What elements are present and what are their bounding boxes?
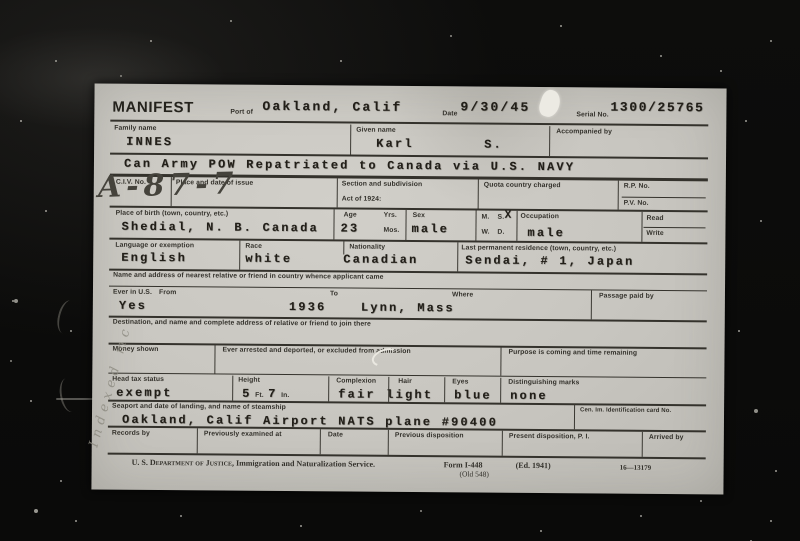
occupation-label: Occupation bbox=[521, 213, 559, 220]
records-by-label: Records by bbox=[112, 430, 150, 437]
read-label: Read bbox=[647, 215, 664, 222]
purpose-label: Purpose is coming and time remaining bbox=[508, 349, 637, 357]
seaport-landing-label: Seaport and date of landing, and name of… bbox=[112, 403, 286, 411]
mos-label: Mos. bbox=[383, 227, 399, 234]
rule-vertical bbox=[320, 429, 321, 454]
rule-vertical bbox=[549, 126, 550, 156]
where-label: Where bbox=[452, 291, 473, 298]
complexion-value: fair bbox=[338, 387, 376, 401]
age-label: Age bbox=[344, 211, 357, 218]
rule-horizontal bbox=[110, 120, 708, 127]
distinguishing-marks-label: Distinguishing marks bbox=[508, 379, 579, 387]
ft-label: Ft. bbox=[255, 392, 264, 399]
rule-vertical bbox=[239, 241, 240, 270]
form-number: Form I-448 bbox=[444, 460, 483, 469]
hair-value: light bbox=[386, 388, 433, 402]
section-subdivision-label: Section and subdivision bbox=[342, 180, 423, 188]
passage-paid-label: Passage paid by bbox=[599, 292, 654, 299]
ever-in-us-value: Yes bbox=[119, 299, 147, 313]
to-label: To bbox=[330, 290, 338, 297]
rule-horizontal bbox=[622, 197, 706, 199]
civ-number-handwritten: A-87-7 bbox=[97, 166, 239, 205]
married-label: M. bbox=[482, 214, 490, 221]
rule-vertical bbox=[591, 290, 592, 319]
rule-vertical bbox=[641, 212, 642, 242]
given-name-value: Karl bbox=[376, 137, 414, 151]
pencil-squiggle bbox=[57, 377, 81, 414]
yrs-label: Yrs. bbox=[384, 212, 397, 219]
distinguishing-marks-value: none bbox=[510, 389, 548, 403]
divorced-label: D. bbox=[497, 229, 504, 236]
nationality-label: Nationality bbox=[349, 244, 385, 251]
records-date-label: Date bbox=[328, 431, 343, 438]
rule-vertical bbox=[516, 211, 517, 241]
rule-vertical bbox=[500, 378, 501, 403]
hair-label: Hair bbox=[398, 378, 412, 385]
rule-vertical bbox=[388, 377, 389, 402]
race-label: Race bbox=[245, 243, 262, 250]
previous-disposition-label: Previous disposition bbox=[395, 432, 464, 440]
rule-vertical bbox=[350, 125, 351, 155]
rule-vertical bbox=[333, 209, 334, 239]
rule-vertical bbox=[618, 181, 619, 210]
single-label: S. bbox=[498, 214, 505, 221]
rp-no-label: R.P. No. bbox=[624, 183, 650, 190]
family-name-value: INNES bbox=[126, 135, 173, 149]
rule-horizontal bbox=[109, 286, 707, 292]
last-residence-label: Last permanent residence (town, country,… bbox=[461, 244, 616, 252]
middle-initial-value: S. bbox=[484, 138, 503, 152]
rule-vertical bbox=[337, 178, 338, 207]
present-disposition-label: Present disposition, P. I. bbox=[509, 433, 590, 441]
sex-label: Sex bbox=[413, 212, 425, 219]
film-dust-speckles bbox=[20, 120, 22, 122]
previously-examined-label: Previously examined at bbox=[204, 430, 282, 438]
rule-vertical bbox=[405, 210, 406, 240]
language-value: English bbox=[121, 251, 187, 266]
rule-vertical bbox=[478, 180, 479, 209]
height-ft-value: 5 bbox=[242, 387, 252, 401]
act-1924-label: Act of 1924: bbox=[342, 195, 382, 202]
date-label: Date bbox=[442, 110, 457, 117]
old-form-number: (Old 548) bbox=[460, 469, 489, 478]
eyes-value: blue bbox=[454, 388, 492, 402]
from-label: From bbox=[159, 289, 176, 296]
occupation-value: male bbox=[527, 226, 565, 240]
rule-vertical bbox=[232, 376, 233, 401]
rule-vertical bbox=[328, 376, 329, 401]
agency-name: U. S. Department of Justice, bbox=[132, 458, 234, 468]
widowed-label: W. bbox=[481, 229, 489, 236]
arrived-by-label: Arrived by bbox=[649, 434, 684, 441]
form-edition: (Ed. 1941) bbox=[516, 461, 551, 470]
height-label: Height bbox=[238, 377, 260, 384]
race-value: white bbox=[245, 252, 292, 266]
print-code: 16—13179 bbox=[620, 464, 652, 472]
rule-vertical bbox=[500, 347, 501, 376]
port-label: Port of bbox=[230, 109, 253, 116]
rule-vertical bbox=[475, 211, 476, 241]
nationality-value: Canadian bbox=[343, 252, 418, 267]
port-value: Oakland, Calif bbox=[262, 99, 402, 115]
rule-horizontal bbox=[109, 238, 707, 244]
where-value: Lynn, Mass bbox=[361, 301, 455, 316]
pencil-squiggle bbox=[54, 298, 80, 335]
rule-vertical bbox=[214, 344, 215, 373]
head-tax-value: exempt bbox=[116, 386, 173, 400]
height-in-value: 7 bbox=[268, 387, 278, 401]
write-label: Write bbox=[646, 230, 663, 237]
rule-vertical bbox=[642, 432, 643, 457]
serial-value: 1300/25765 bbox=[610, 100, 704, 116]
rule-vertical bbox=[502, 431, 503, 456]
rule-vertical bbox=[444, 377, 445, 402]
rule-horizontal bbox=[643, 227, 705, 228]
serial-label: Serial No. bbox=[576, 111, 608, 118]
complexion-label: Complexion bbox=[336, 377, 376, 384]
language-label: Language or exemption bbox=[115, 242, 194, 250]
date-value: 9/30/45 bbox=[460, 99, 530, 115]
ever-in-us-label: Ever in U.S. bbox=[113, 289, 152, 296]
in-label: In. bbox=[281, 392, 289, 399]
rule-vertical bbox=[343, 241, 344, 254]
family-name-label: Family name bbox=[114, 125, 156, 132]
nearest-relative-label: Name and address of nearest relative or … bbox=[113, 272, 383, 281]
given-name-label: Given name bbox=[356, 127, 396, 134]
marital-x-mark: X bbox=[505, 210, 513, 222]
identification-card-label: Cen. Im. Identification card No. bbox=[580, 407, 671, 414]
accompanied-by-label: Accompanied by bbox=[556, 128, 612, 135]
place-of-birth-value: Shedial, N. B. Canada bbox=[121, 220, 319, 236]
sex-value: male bbox=[411, 222, 449, 236]
age-value: 23 bbox=[340, 221, 359, 235]
agency-service: Immigration and Naturalization Service. bbox=[234, 459, 375, 469]
quota-country-label: Quota country charged bbox=[484, 182, 561, 190]
rule-vertical bbox=[457, 242, 458, 271]
form-title: MANIFEST bbox=[112, 99, 194, 117]
rule-vertical bbox=[388, 430, 389, 455]
rule-vertical bbox=[574, 404, 575, 429]
last-residence-value: Sendai, # 1, Japan bbox=[465, 253, 634, 268]
to-year-value: 1936 bbox=[289, 300, 327, 314]
agency-imprint: U. S. Department of Justice, Immigration… bbox=[132, 458, 376, 469]
rule-vertical bbox=[197, 428, 198, 453]
white-correction-blob bbox=[537, 88, 564, 120]
place-of-birth-label: Place of birth (town, country, etc.) bbox=[116, 210, 229, 218]
eyes-label: Eyes bbox=[452, 378, 468, 385]
pv-no-label: P.V. No. bbox=[624, 200, 649, 207]
destination-label: Destination, and name and complete addre… bbox=[113, 319, 371, 328]
manifest-card: MANIFEST Port of Oakland, Calif Date 9/3… bbox=[91, 84, 726, 495]
